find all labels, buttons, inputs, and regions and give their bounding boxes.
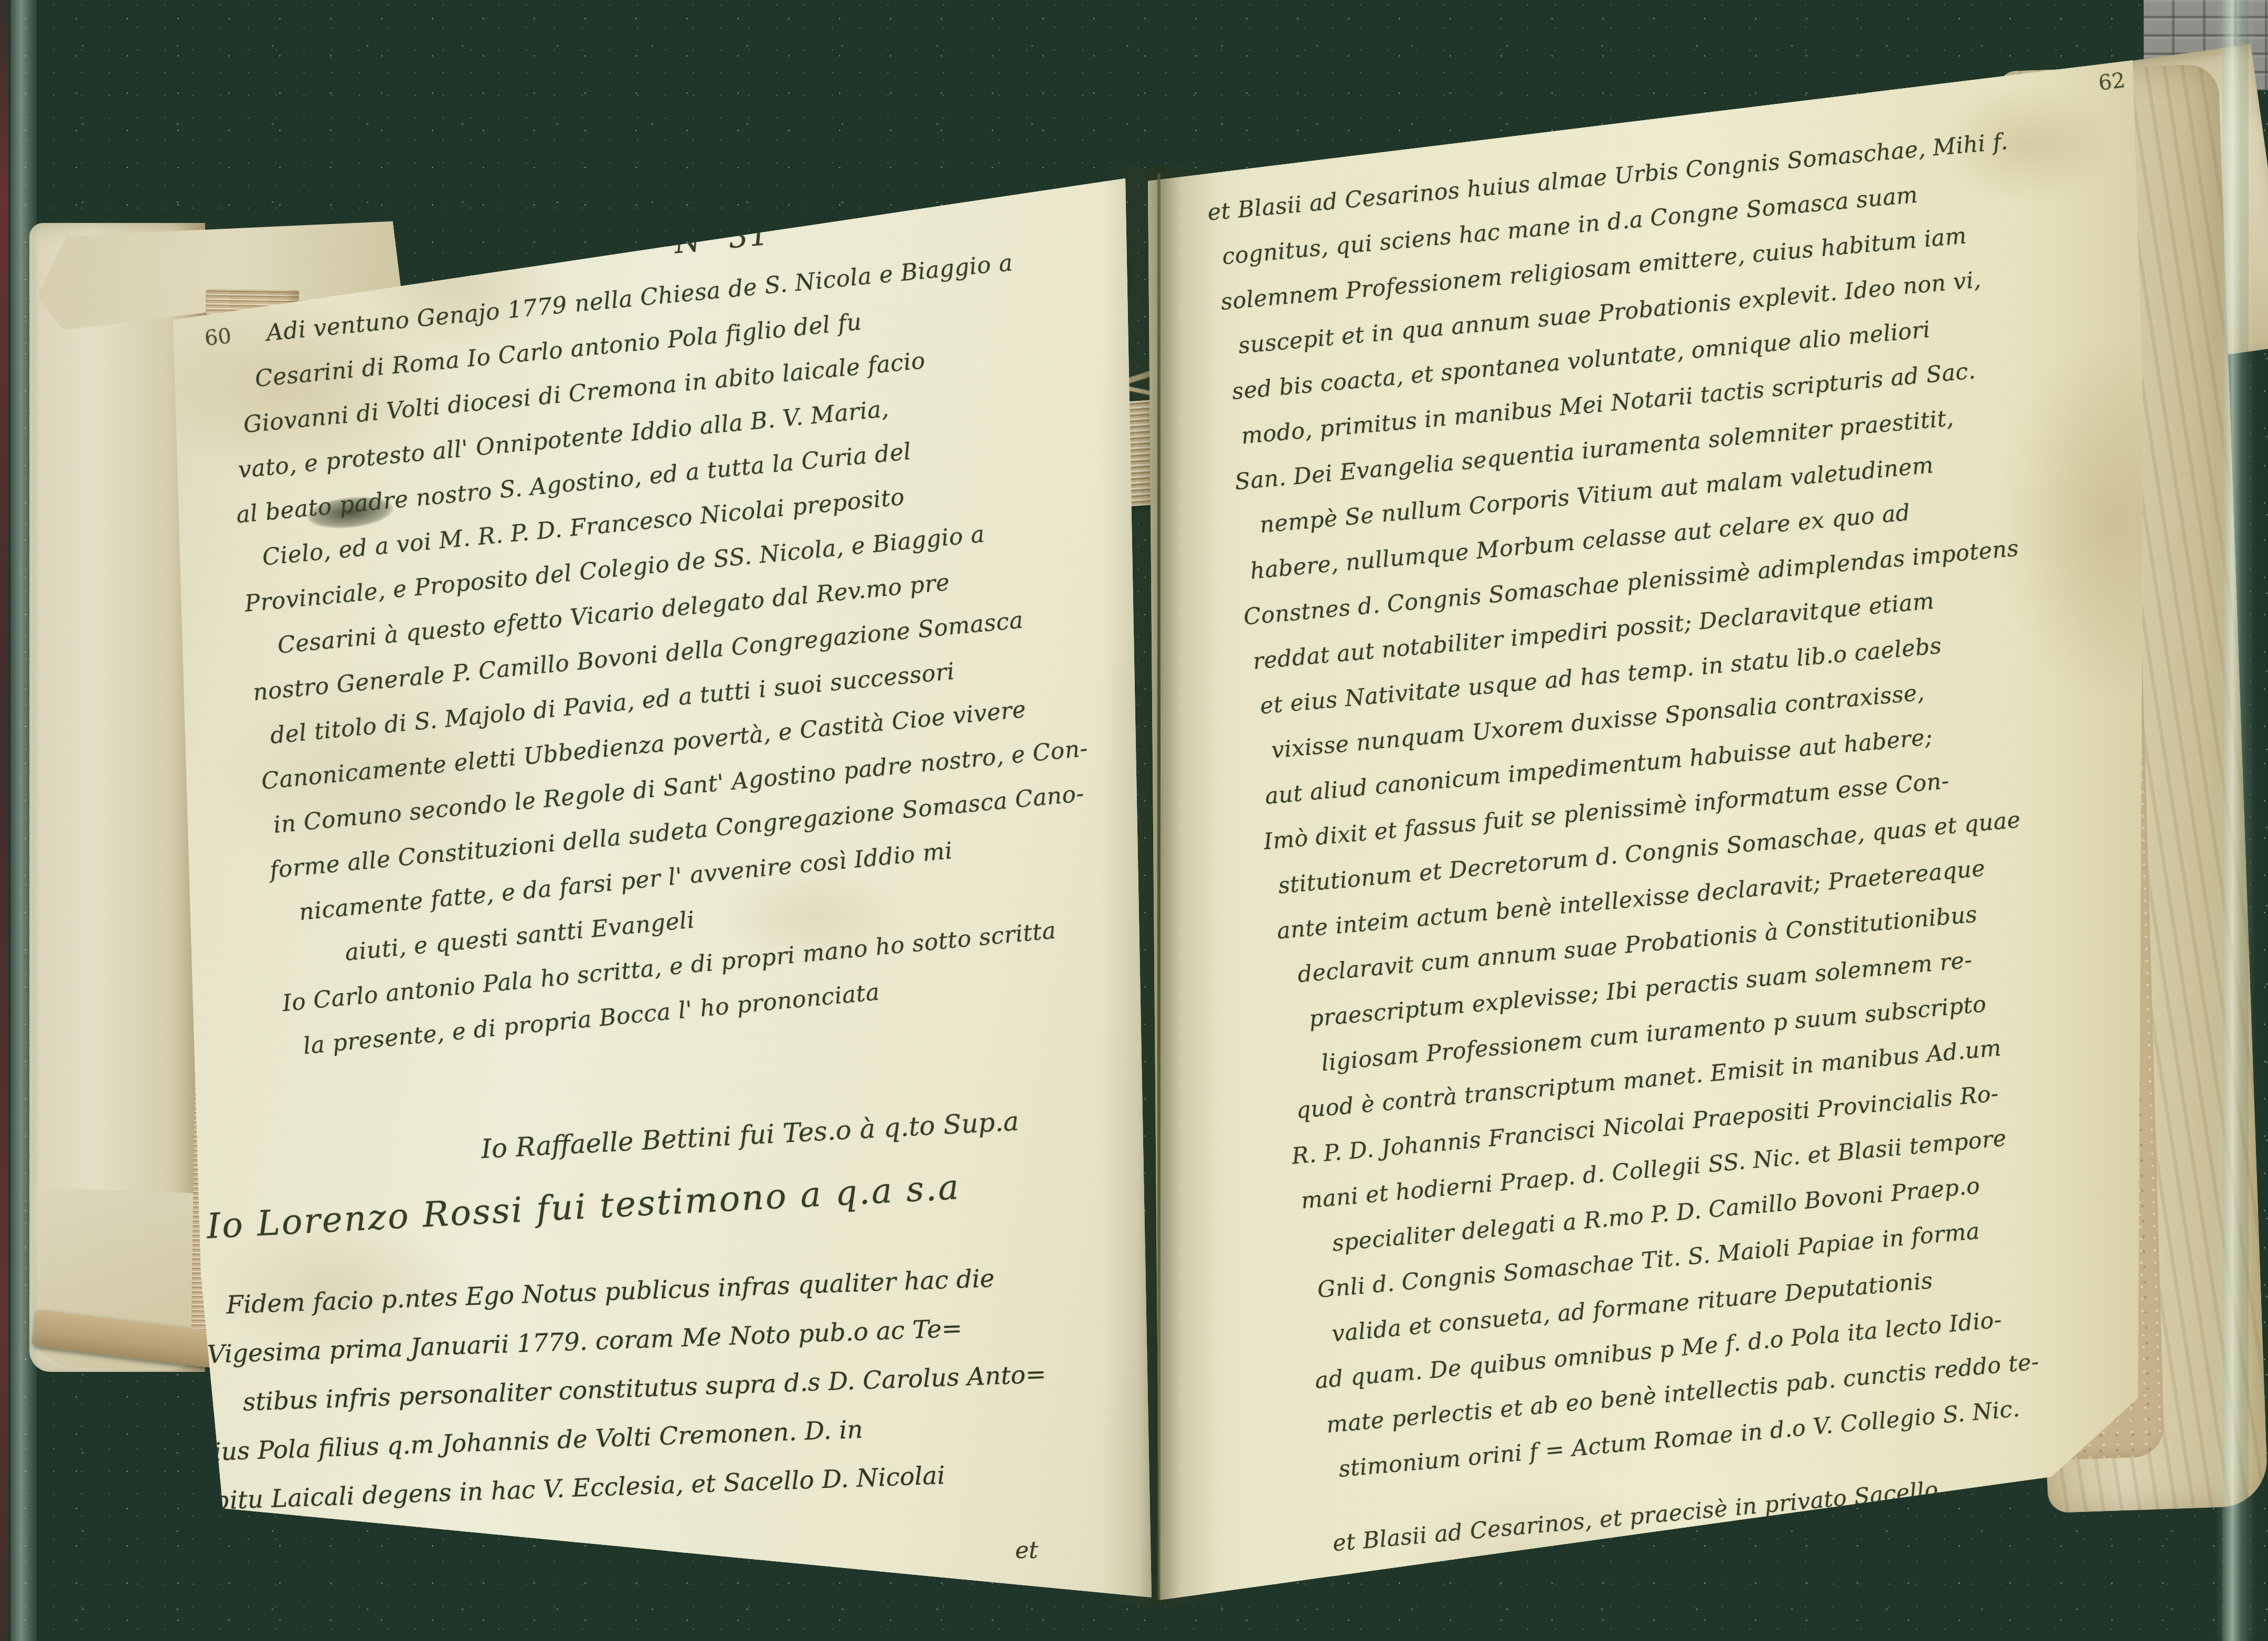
catchword: et — [1015, 1537, 1038, 1564]
glass-strip-left — [10, 0, 37, 1641]
right-page: 62 et Blasii ad Cesarinos huius almae Ur… — [1144, 50, 2148, 1618]
book-gutter-fold — [1157, 173, 1160, 1600]
photo-manuscript-spread: 60 In nome della SS. Trinità padre Figli… — [0, 0, 2268, 1641]
notary-attestation-block: Fidem facio p.ntes Ego Notus publicus in… — [176, 1249, 1138, 1526]
left-page: 60 In nome della SS. Trinità padre Figli… — [155, 173, 1154, 1603]
witness-signatures-block: Io Raffaelle Bettini fui Tes.o à q.to Su… — [186, 1088, 1115, 1262]
shelf-red-edge — [0, 0, 8, 1641]
vow-text-block: Adi ventuno Genajo 1779 nella Chiesa de … — [217, 229, 1208, 1070]
latin-act-block: et Blasii ad Cesarinos huius almae Urbis… — [1206, 108, 2259, 1567]
glass-strip-right — [2222, 0, 2249, 1641]
right-page-text: et Blasii ad Cesarinos huius almae Urbis… — [1206, 108, 2259, 1567]
page-number-right: 62 — [2097, 68, 2126, 95]
